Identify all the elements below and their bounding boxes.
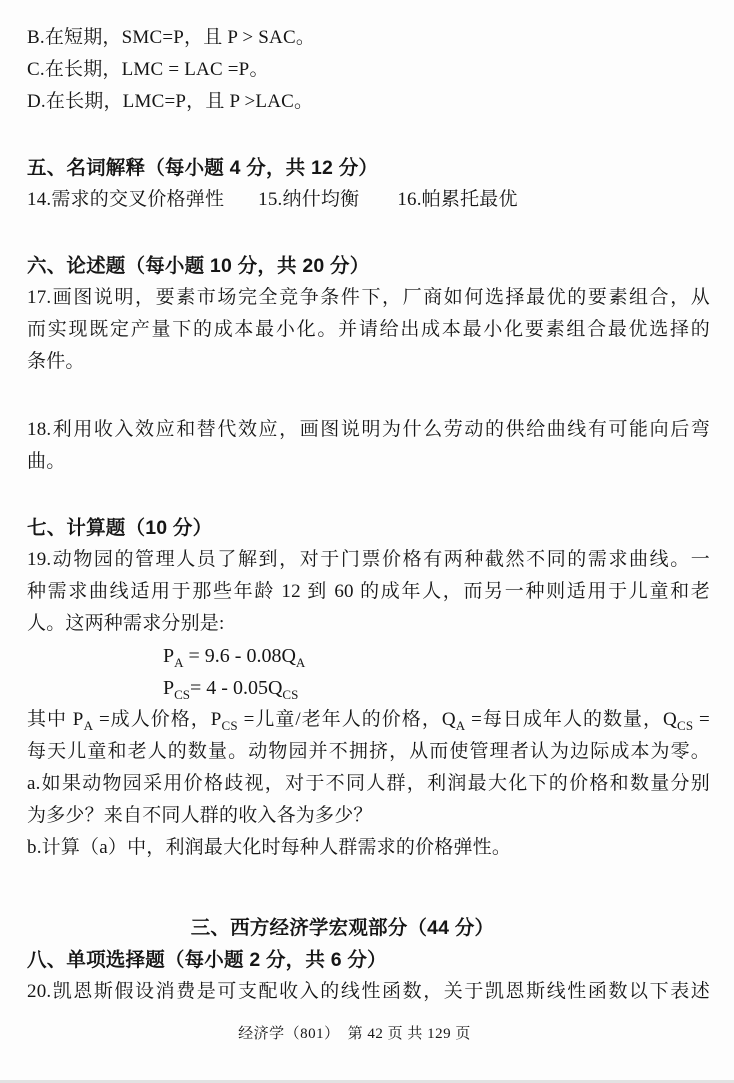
term-item-16: 16.帕累托最优 (397, 184, 517, 216)
q17-line-3: 条件。 (27, 346, 710, 378)
q18-line-2: 曲。 (27, 446, 710, 478)
term-item-14: 14.需求的交叉价格弹性 (27, 184, 224, 216)
q19-line-3: 人。这两种需求分别是: (27, 608, 710, 640)
page-footer: 经济学（801） 第 42 页 共 129 页 (13, 1022, 696, 1046)
section5-heading: 五、名词解释（每小题 4 分，共 12 分） (27, 152, 710, 184)
q19-line-1: 19.动物园的管理人员了解到，对于门票价格有两种截然不同的需求曲线。一 (27, 544, 710, 576)
q19-line-2: 种需求曲线适用于那些年龄 12 到 60 的成年人，而另一种则适用于儿童和老 (27, 576, 710, 608)
option-b-line: B.在短期，SMC=P，且 P > SAC。 (27, 22, 710, 54)
part-b-line: b.计算（a）中，利润最大化时每种人群需求的价格弹性。 (27, 832, 710, 864)
section5-items-row: 14.需求的交叉价格弹性 15.纳什均衡 16.帕累托最优 (27, 184, 710, 216)
macro-part-heading: 三、西方经济学宏观部分（44 分） (1, 912, 684, 944)
section6-heading: 六、论述题（每小题 10 分，共 20 分） (27, 250, 710, 282)
q20-line: 20.凯恩斯假设消费是可支配收入的线性函数，关于凯恩斯线性函数以下表述 (27, 976, 710, 1008)
formula-children-demand: PCS= 4 - 0.05QCS (27, 672, 710, 704)
q17-line-1: 17.画图说明，要素市场完全竞争条件下，厂商如何选择最优的要素组合，从 (27, 282, 710, 314)
part-a-line-1: a.如果动物园采用价格歧视，对于不同人群，利润最大化下的价格和数量分别 (27, 768, 710, 800)
variable-definition-line-2: 每天儿童和老人的数量。动物园并不拥挤，从而使管理者认为边际成本为零。 (27, 736, 710, 768)
part-a-line-2: 为多少？来自不同人群的收入各为多少？ (27, 800, 710, 832)
option-d-line: D.在长期，LMC=P，且 P >LAC。 (27, 86, 710, 118)
term-item-15: 15.纳什均衡 (258, 184, 359, 216)
exam-page: B.在短期，SMC=P，且 P > SAC。 C.在长期，LMC = LAC =… (0, 0, 734, 1083)
variable-definition-line-1: 其中 PA =成人价格，PCS =儿童/老年人的价格，QA =每日成年人的数量，… (27, 704, 710, 736)
section7-heading: 七、计算题（10 分） (27, 512, 710, 544)
section8-heading: 八、单项选择题（每小题 2 分，共 6 分） (27, 944, 710, 976)
q18-line-1: 18.利用收入效应和替代效应，画图说明为什么劳动的供给曲线有可能向后弯 (27, 414, 710, 446)
formula-adult-demand: PA = 9.6 - 0.08QA (27, 640, 710, 672)
page-content: B.在短期，SMC=P，且 P > SAC。 C.在长期，LMC = LAC =… (0, 0, 734, 1046)
option-c-line: C.在长期，LMC = LAC =P。 (27, 54, 710, 86)
q17-line-2: 而实现既定产量下的成本最小化。并请给出成本最小化要素组合最优选择的 (27, 314, 710, 346)
